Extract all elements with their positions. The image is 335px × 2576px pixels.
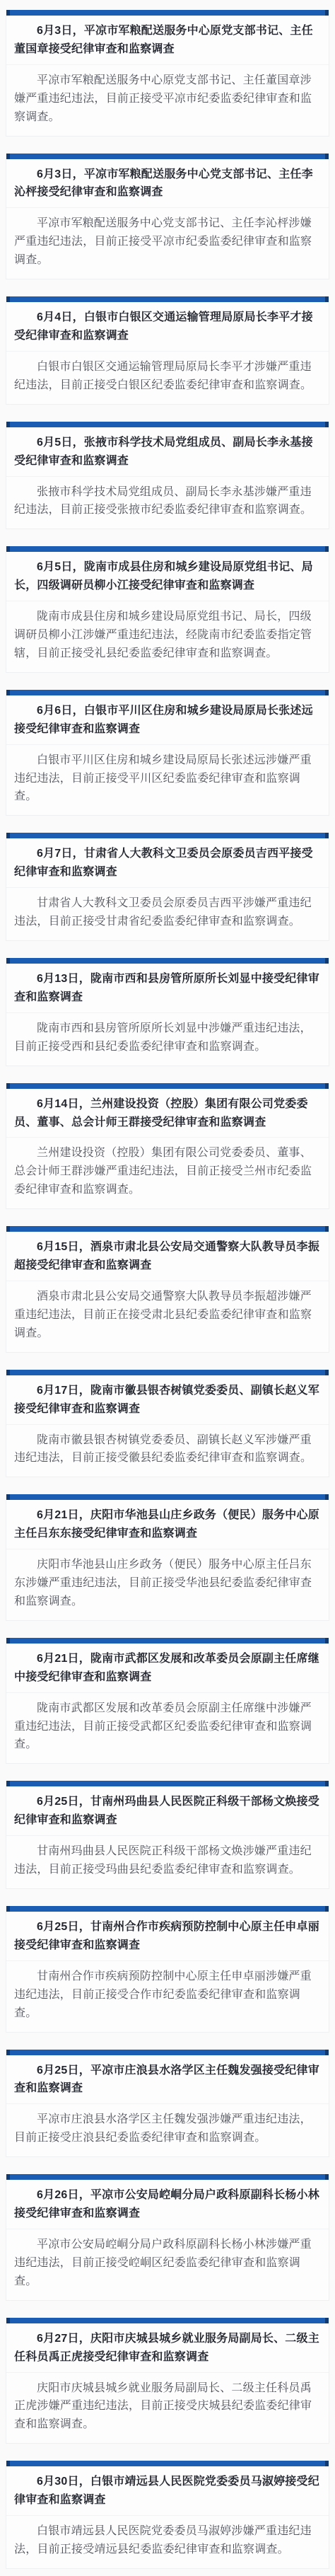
announcement-item[interactable]: 6月5日，陇南市成县住房和城乡建设局原党组书记、局长，四级调研员柳小江接受纪律审… <box>6 546 329 673</box>
announcement-title: 6月17日，陇南市徽县银杏树镇党委委员、副镇长赵义军接受纪律审查和监察调查 <box>6 1375 329 1425</box>
item-accent-bar <box>6 2461 329 2466</box>
announcement-item[interactable]: 6月30日，白银市靖远县人民医院党委委员马淑婷接受纪律审查和监察调查 白银市靖远… <box>6 2461 329 2569</box>
announcement-body: 白银市靖远县人民医院党委委员马淑婷涉嫌严重违纪违法，目前正接受靖远县纪委监委纪律… <box>6 2516 329 2568</box>
announcement-item[interactable]: 6月17日，陇南市徽县银杏树镇党委委员、副镇长赵义军接受纪律审查和监察调查 陇南… <box>6 1370 329 1478</box>
announcement-item[interactable]: 6月15日，酒泉市肃北县公安局交通警察大队教导员李振超接受纪律审查和监察调查 酒… <box>6 1226 329 1353</box>
announcement-list: 6月3日，平凉市军粮配送服务中心原党支部书记、主任董国章接受纪律审查和监察调查 … <box>6 10 329 2569</box>
announcement-title: 6月25日，甘南州合作市疾病预防控制中心原主任申卓丽接受纪律审查和监察调查 <box>6 1912 329 1961</box>
announcement-body: 陇南市成县住房和城乡建设局原党组书记、局长，四级调研员柳小江涉嫌严重违纪违法，经… <box>6 601 329 672</box>
announcement-item[interactable]: 6月3日，平凉市军粮配送服务中心党支部书记、主任李沁枰接受纪律审查和监察调查 平… <box>6 154 329 280</box>
announcement-title: 6月26日，平凉市公安局崆峒分局户政科原副科长杨小林接受纪律审查和监察调查 <box>6 2180 329 2229</box>
announcement-title: 6月21日，庆阳市华池县山庄乡政务（便民）服务中心原主任吕东东接受纪律审查和监察… <box>6 1500 329 1549</box>
announcement-title: 6月27日，庆阳市庆城县城乡就业服务局副局长、二级主任科员禹正虎接受纪律审查和监… <box>6 2323 329 2373</box>
announcement-body: 酒泉市肃北县公安局交通警察大队教导员李振超涉嫌严重违纪违法，目前正在接受肃北县纪… <box>6 1281 329 1352</box>
announcement-body: 甘南州玛曲县人民医院正科级干部杨文焕涉嫌严重违纪违法，目前正接受玛曲县纪委监委纪… <box>6 1836 329 1888</box>
announcement-body: 白银市平川区住房和城乡建设局原局长张述远涉嫌严重违纪违法，目前正接受平川区纪委监… <box>6 745 329 816</box>
announcement-body: 庆阳市庆城县城乡就业服务局副局长、二级主任科员禹正虎涉嫌严重违纪违法，目前正接受… <box>6 2373 329 2444</box>
item-accent-bar <box>6 546 329 552</box>
item-accent-bar <box>6 1226 329 1232</box>
announcement-item[interactable]: 6月6日，白银市平川区住房和城乡建设局原局长张述远接受纪律审查和监察调查 白银市… <box>6 690 329 816</box>
announcement-body: 平凉市军粮配送服务中心原党支部书记、主任董国章涉嫌严重违纪违法，目前正接受平凉市… <box>6 65 329 136</box>
item-accent-bar <box>6 2174 329 2180</box>
item-accent-bar <box>6 958 329 964</box>
announcement-title: 6月13日，陇南市西和县房管所原所长刘显中接受纪律审查和监察调查 <box>6 964 329 1013</box>
announcement-title: 6月3日，平凉市军粮配送服务中心原党支部书记、主任董国章接受纪律审查和监察调查 <box>6 16 329 65</box>
announcement-title: 6月5日，张掖市科学技术局党组成员、副局长李永基接受纪律审查和监察调查 <box>6 427 329 477</box>
item-accent-bar <box>6 296 329 302</box>
announcement-title: 6月14日，兰州建设投资（控股）集团有限公司党委委员、董事、总会计师王群接受纪律… <box>6 1089 329 1138</box>
announcement-title: 6月4日，白银市白银区交通运输管理局原局长李平才接受纪律审查和监察调查 <box>6 302 329 352</box>
item-accent-bar <box>6 10 329 16</box>
announcement-item[interactable]: 6月25日，甘南州玛曲县人民医院正科级干部杨文焕接受纪律审查和监察调查 甘南州玛… <box>6 1781 329 1889</box>
announcement-title: 6月7日，甘肃省人大教科文卫委员会原委员吉西平接受纪律审查和监察调查 <box>6 838 329 888</box>
announcement-title: 6月5日，陇南市成县住房和城乡建设局原党组书记、局长，四级调研员柳小江接受纪律审… <box>6 552 329 601</box>
item-accent-bar <box>6 833 329 838</box>
announcement-body: 陇南市徽县银杏树镇党委委员、副镇长赵义军涉嫌严重违纪违法，目前正接受徽县纪委监委… <box>6 1425 329 1477</box>
item-accent-bar <box>6 1083 329 1089</box>
item-accent-bar <box>6 2050 329 2055</box>
item-accent-bar <box>6 1638 329 1644</box>
announcement-title: 6月25日，平凉市庄浪县水洛学区主任魏发强接受纪律审查和监察调查 <box>6 2055 329 2105</box>
announcement-body: 甘南州合作市疾病预防控制中心原主任申卓丽涉嫌严重违纪违法，目前正接受合作市纪委监… <box>6 1961 329 2032</box>
item-accent-bar <box>6 1370 329 1375</box>
announcement-title: 6月30日，白银市靖远县人民医院党委委员马淑婷接受纪律审查和监察调查 <box>6 2466 329 2516</box>
announcement-body: 陇南市武都区发展和改革委员会原副主任席继中涉嫌严重违纪违法，目前正接受武都区纪委… <box>6 1693 329 1764</box>
announcement-title: 6月25日，甘南州玛曲县人民医院正科级干部杨文焕接受纪律审查和监察调查 <box>6 1786 329 1836</box>
announcement-body: 兰州建设投资（控股）集团有限公司党委委员、董事、总会计师王群涉嫌严重违纪违法，目… <box>6 1138 329 1208</box>
announcement-item[interactable]: 6月13日，陇南市西和县房管所原所长刘显中接受纪律审查和监察调查 陇南市西和县房… <box>6 958 329 1066</box>
announcement-title: 6月15日，酒泉市肃北县公安局交通警察大队教导员李振超接受纪律审查和监察调查 <box>6 1232 329 1281</box>
announcement-body: 张掖市科学技术局党组成员、副局长李永基涉嫌严重违纪违法，目前正接受张掖市纪委监委… <box>6 477 329 529</box>
announcement-item[interactable]: 6月7日，甘肃省人大教科文卫委员会原委员吉西平接受纪律审查和监察调查 甘肃省人大… <box>6 833 329 941</box>
announcement-page: 6月3日，平凉市军粮配送服务中心原党支部书记、主任董国章接受纪律审查和监察调查 … <box>0 0 335 2576</box>
announcement-item[interactable]: 6月4日，白银市白银区交通运输管理局原局长李平才接受纪律审查和监察调查 白银市白… <box>6 296 329 405</box>
announcement-body: 陇南市西和县房管所原所长刘显中涉嫌严重违纪违法，目前正接受西和县纪委监委纪律审查… <box>6 1013 329 1065</box>
announcement-item[interactable]: 6月25日，甘南州合作市疾病预防控制中心原主任申卓丽接受纪律审查和监察调查 甘南… <box>6 1906 329 2033</box>
announcement-body: 甘肃省人大教科文卫委员会原委员吉西平涉嫌严重违纪违法，目前正接受甘肃省纪委监委纪… <box>6 888 329 940</box>
announcement-item[interactable]: 6月5日，张掖市科学技术局党组成员、副局长李永基接受纪律审查和监察调查 张掖市科… <box>6 422 329 530</box>
item-accent-bar <box>6 1494 329 1500</box>
item-accent-bar <box>6 690 329 695</box>
item-accent-bar <box>6 1781 329 1786</box>
item-accent-bar <box>6 1906 329 1912</box>
announcement-body: 白银市白银区交通运输管理局原局长李平才涉嫌严重违纪违法，目前正接受白银区纪委监委… <box>6 352 329 404</box>
announcement-title: 6月6日，白银市平川区住房和城乡建设局原局长张述远接受纪律审查和监察调查 <box>6 695 329 745</box>
announcement-item[interactable]: 6月25日，平凉市庄浪县水洛学区主任魏发强接受纪律审查和监察调查 平凉市庄浪县水… <box>6 2050 329 2158</box>
announcement-body: 平凉市军粮配送服务中心党支部书记、主任李沁枰涉嫌严重违纪违法，目前正接受平凉市纪… <box>6 208 329 279</box>
item-accent-bar <box>6 154 329 159</box>
announcement-item[interactable]: 6月3日，平凉市军粮配送服务中心原党支部书记、主任董国章接受纪律审查和监察调查 … <box>6 10 329 137</box>
announcement-item[interactable]: 6月26日，平凉市公安局崆峒分局户政科原副科长杨小林接受纪律审查和监察调查 平凉… <box>6 2174 329 2301</box>
announcement-body: 平凉市庄浪县水洛学区主任魏发强涉嫌严重违纪违法，目前正接受庄浪县纪委监委纪律审查… <box>6 2104 329 2156</box>
announcement-item[interactable]: 6月21日，庆阳市华池县山庄乡政务（便民）服务中心原主任吕东东接受纪律审查和监察… <box>6 1494 329 1621</box>
item-accent-bar <box>6 2318 329 2323</box>
announcement-item[interactable]: 6月14日，兰州建设投资（控股）集团有限公司党委委员、董事、总会计师王群接受纪律… <box>6 1083 329 1210</box>
item-accent-bar <box>6 422 329 427</box>
announcement-title: 6月21日，陇南市武都区发展和改革委员会原副主任席继中接受纪律审查和监察调查 <box>6 1644 329 1693</box>
announcement-item[interactable]: 6月21日，陇南市武都区发展和改革委员会原副主任席继中接受纪律审查和监察调查 陇… <box>6 1638 329 1764</box>
announcement-body: 庆阳市华池县山庄乡政务（便民）服务中心原主任吕东东涉嫌严重违纪违法，目前正接受华… <box>6 1549 329 1620</box>
announcement-title: 6月3日，平凉市军粮配送服务中心党支部书记、主任李沁枰接受纪律审查和监察调查 <box>6 159 329 209</box>
announcement-item[interactable]: 6月27日，庆阳市庆城县城乡就业服务局副局长、二级主任科员禹正虎接受纪律审查和监… <box>6 2318 329 2444</box>
announcement-body: 平凉市公安局崆峒分局户政科原副科长杨小林涉嫌严重违纪违法，目前正接受崆峒区纪委监… <box>6 2229 329 2300</box>
